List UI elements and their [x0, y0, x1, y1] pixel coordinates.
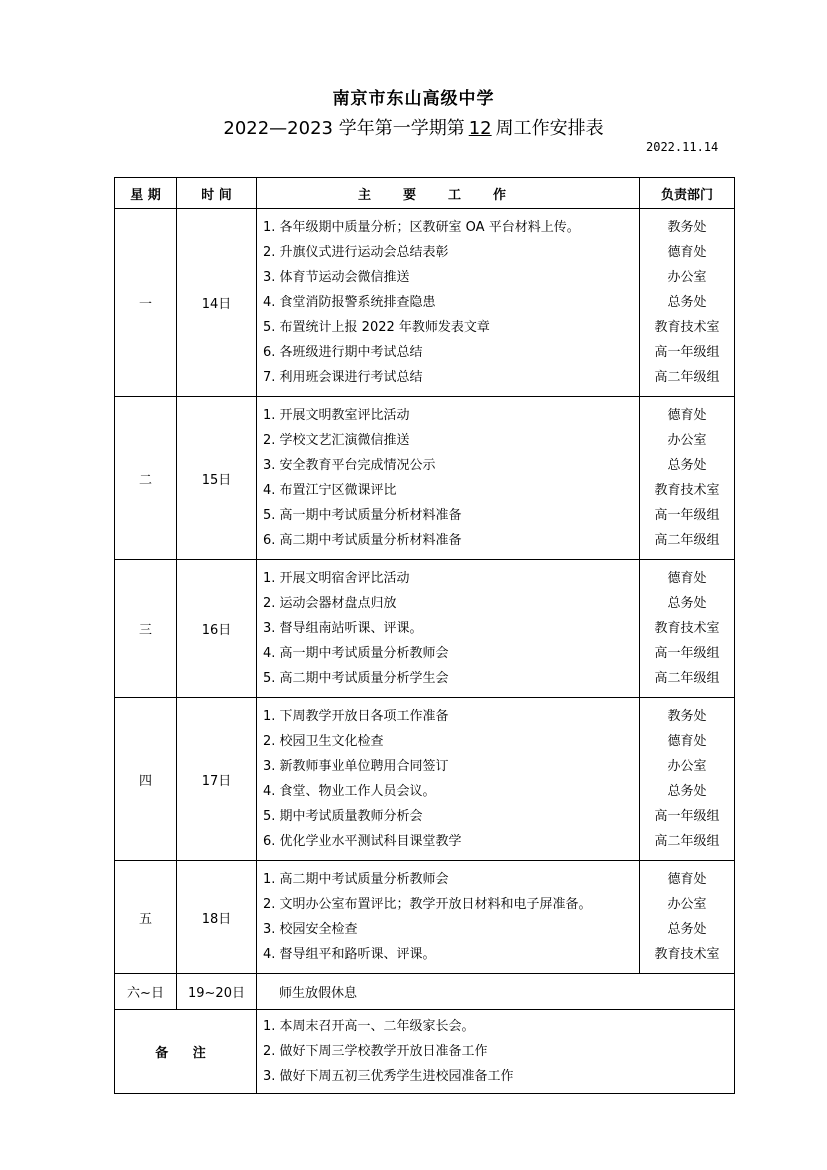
department: 德育处 — [640, 240, 734, 265]
work-item: 7. 利用班会课进行考试总结 — [263, 365, 639, 390]
work-items-cell: 1. 各年级期中质量分析；区教研室 OA 平台材料上传。2. 升旗仪式进行运动会… — [257, 209, 640, 397]
department: 教育技术室 — [640, 616, 734, 641]
table-row: 一14日1. 各年级期中质量分析；区教研室 OA 平台材料上传。2. 升旗仪式进… — [115, 209, 735, 397]
work-items-cell: 1. 开展文明教室评比活动2. 学校文艺汇演微信推送3. 安全教育平台完成情况公… — [257, 397, 640, 560]
department: 高二年级组 — [640, 829, 734, 854]
department: 总务处 — [640, 453, 734, 478]
work-item: 4. 督导组平和路听课、评课。 — [263, 942, 639, 967]
header-department: 负责部门 — [640, 178, 735, 209]
work-item: 5. 期中考试质量教师分析会 — [263, 804, 639, 829]
work-item: 5. 高一期中考试质量分析材料准备 — [263, 503, 639, 528]
date-cell: 16日 — [177, 560, 257, 698]
work-items-cell: 1. 开展文明宿舍评比活动2. 运动会器材盘点归放3. 督导组南站听课、评课。4… — [257, 560, 640, 698]
header-weekday: 星 期 — [115, 178, 177, 209]
department: 教育技术室 — [640, 478, 734, 503]
work-item: 4. 高一期中考试质量分析教师会 — [263, 641, 639, 666]
work-item: 2. 学校文艺汇演微信推送 — [263, 428, 639, 453]
work-items-cell: 1. 下周教学开放日各项工作准备2. 校园卫生文化检查3. 新教师事业单位聘用合… — [257, 698, 640, 861]
work-item: 2. 运动会器材盘点归放 — [263, 591, 639, 616]
department: 总务处 — [640, 779, 734, 804]
date-cell: 14日 — [177, 209, 257, 397]
department: 高一年级组 — [640, 641, 734, 666]
work-item: 2. 升旗仪式进行运动会总结表彰 — [263, 240, 639, 265]
department: 高一年级组 — [640, 503, 734, 528]
date-cell: 17日 — [177, 698, 257, 861]
notes-label: 备 注 — [115, 1010, 257, 1094]
week-number: 12 — [465, 118, 496, 139]
table-row: 二15日1. 开展文明教室评比活动2. 学校文艺汇演微信推送3. 安全教育平台完… — [115, 397, 735, 560]
work-item: 1. 高二期中考试质量分析教师会 — [263, 867, 639, 892]
schedule-table: 星 期 时 间 主要工作 负责部门 一14日1. 各年级期中质量分析；区教研室 … — [114, 177, 735, 1094]
work-item: 4. 布置江宁区微课评比 — [263, 478, 639, 503]
title-suffix: 周工作安排表 — [496, 118, 604, 139]
work-item: 6. 优化学业水平测试科目课堂教学 — [263, 829, 639, 854]
work-item: 1. 下周教学开放日各项工作准备 — [263, 704, 639, 729]
department: 高二年级组 — [640, 666, 734, 691]
department: 德育处 — [640, 403, 734, 428]
department: 高一年级组 — [640, 340, 734, 365]
department: 德育处 — [640, 867, 734, 892]
work-item: 3. 新教师事业单位聘用合同签订 — [263, 754, 639, 779]
work-item: 3. 体育节运动会微信推送 — [263, 265, 639, 290]
work-item: 1. 开展文明宿舍评比活动 — [263, 566, 639, 591]
note-item: 2. 做好下周三学校教学开放日准备工作 — [263, 1039, 734, 1064]
department: 办公室 — [640, 892, 734, 917]
department: 高一年级组 — [640, 804, 734, 829]
notes-row: 备 注1. 本周末召开高一、二年级家长会。2. 做好下周三学校教学开放日准备工作… — [115, 1010, 735, 1094]
department: 教育技术室 — [640, 942, 734, 967]
department: 德育处 — [640, 566, 734, 591]
department: 德育处 — [640, 729, 734, 754]
date-cell: 15日 — [177, 397, 257, 560]
work-item: 3. 督导组南站听课、评课。 — [263, 616, 639, 641]
work-items-cell: 1. 高二期中考试质量分析教师会2. 文明办公室布置评比；教学开放日材料和电子屏… — [257, 861, 640, 974]
departments-cell: 教务处德育处办公室总务处教育技术室高一年级组高二年级组 — [640, 209, 735, 397]
weekday-cell: 六~日 — [115, 974, 177, 1010]
departments-cell: 德育处办公室总务处教育技术室高一年级组高二年级组 — [640, 397, 735, 560]
department: 教务处 — [640, 704, 734, 729]
work-item: 2. 文明办公室布置评比；教学开放日材料和电子屏准备。 — [263, 892, 639, 917]
department: 办公室 — [640, 428, 734, 453]
weekday-cell: 一 — [115, 209, 177, 397]
department: 教育技术室 — [640, 315, 734, 340]
table-row: 四17日1. 下周教学开放日各项工作准备2. 校园卫生文化检查3. 新教师事业单… — [115, 698, 735, 861]
weekday-cell: 三 — [115, 560, 177, 698]
department: 总务处 — [640, 290, 734, 315]
departments-cell: 德育处办公室总务处教育技术室 — [640, 861, 735, 974]
department: 总务处 — [640, 591, 734, 616]
work-item: 6. 各班级进行期中考试总结 — [263, 340, 639, 365]
work-item: 3. 校园安全检查 — [263, 917, 639, 942]
document-date: 2022.11.14 — [646, 140, 718, 154]
work-item: 4. 食堂消防报警系统排查隐患 — [263, 290, 639, 315]
departments-cell: 教务处德育处办公室总务处高一年级组高二年级组 — [640, 698, 735, 861]
department: 办公室 — [640, 754, 734, 779]
weekend-row: 六~日19~20日师生放假休息 — [115, 974, 735, 1010]
work-item: 5. 高二期中考试质量分析学生会 — [263, 666, 639, 691]
department: 总务处 — [640, 917, 734, 942]
date-cell: 19~20日 — [177, 974, 257, 1010]
school-name: 南京市东山高级中学 — [0, 84, 827, 109]
table-header-row: 星 期 时 间 主要工作 负责部门 — [115, 178, 735, 209]
weekday-cell: 四 — [115, 698, 177, 861]
department: 教务处 — [640, 215, 734, 240]
department: 办公室 — [640, 265, 734, 290]
work-item: 4. 食堂、物业工作人员会议。 — [263, 779, 639, 804]
note-item: 1. 本周末召开高一、二年级家长会。 — [263, 1014, 734, 1039]
table-row: 五18日1. 高二期中考试质量分析教师会2. 文明办公室布置评比；教学开放日材料… — [115, 861, 735, 974]
department: 高二年级组 — [640, 528, 734, 553]
work-item: 1. 开展文明教室评比活动 — [263, 403, 639, 428]
title-prefix: 2022—2023 学年第一学期第 — [223, 118, 464, 139]
work-item: 2. 校园卫生文化检查 — [263, 729, 639, 754]
departments-cell: 德育处总务处教育技术室高一年级组高二年级组 — [640, 560, 735, 698]
work-item: 3. 安全教育平台完成情况公示 — [263, 453, 639, 478]
header-time: 时 间 — [177, 178, 257, 209]
work-item: 6. 高二期中考试质量分析材料准备 — [263, 528, 639, 553]
weekend-text: 师生放假休息 — [257, 974, 735, 1010]
note-item: 3. 做好下周五初三优秀学生进校园准备工作 — [263, 1064, 734, 1089]
table-row: 三16日1. 开展文明宿舍评比活动2. 运动会器材盘点归放3. 督导组南站听课、… — [115, 560, 735, 698]
date-cell: 18日 — [177, 861, 257, 974]
document-title: 2022—2023 学年第一学期第12周工作安排表 — [0, 114, 827, 140]
work-item: 5. 布置统计上报 2022 年教师发表文章 — [263, 315, 639, 340]
department: 高二年级组 — [640, 365, 734, 390]
notes-cell: 1. 本周末召开高一、二年级家长会。2. 做好下周三学校教学开放日准备工作3. … — [257, 1010, 735, 1094]
work-item: 1. 各年级期中质量分析；区教研室 OA 平台材料上传。 — [263, 215, 639, 240]
header-main-work: 主要工作 — [257, 178, 640, 209]
weekday-cell: 五 — [115, 861, 177, 974]
weekday-cell: 二 — [115, 397, 177, 560]
